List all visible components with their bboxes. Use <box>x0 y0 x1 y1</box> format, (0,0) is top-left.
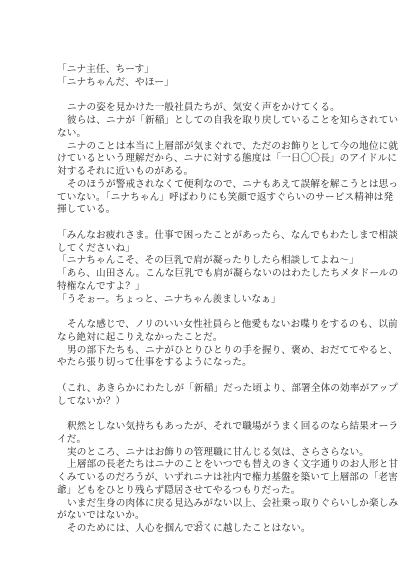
text-line: 揮している。 <box>57 204 349 217</box>
text-line: 彼らは、ニナが「新稲」としての自我を取り戻していることを知らされてい <box>57 115 349 128</box>
text-line: 「ニナ主任、ちーす」 <box>57 64 349 77</box>
text-line: 「あら、山田さん。こんな巨乳でも肩が凝らないのはわたしたちメタドールの <box>57 268 349 281</box>
text-line: （これ、あきらかにわたしが「新稲」だった頃より、部署全体の効率がアップ <box>57 383 349 396</box>
text-line: ニナのことは本当に上層部が気まぐれで、ただのお飾りとして今の地位に就 <box>57 141 349 154</box>
text-line: そんな感じで、ノリのいい女性社員らと他愛もないお喋りをするのも、以前 <box>57 319 349 332</box>
blank-line <box>57 370 349 383</box>
text-line: いまだ生身の肉体に戻る見込みがない以上、会社乗っ取りぐらいしか楽しみ <box>57 498 349 511</box>
text-line: くみているのだろうが、いずれニナは社内で権力基盤を築いて上層部の「老害 <box>57 472 349 485</box>
text-line: 対するそれに近いものがある。 <box>57 166 349 179</box>
text-line: 「うそぉー。ちょっと、ニナちゃん羨ましいなぁ」 <box>57 294 349 307</box>
blank-line <box>57 408 349 421</box>
text-line: ニナの姿を見かけた一般社員たちが、気安く声をかけてくる。 <box>57 102 349 115</box>
text-line: やたら張り切って仕事をするようになった。 <box>57 357 349 370</box>
text-line: けているという理解だから、ニナに対する態度は「一日〇〇長」のアイドルに <box>57 153 349 166</box>
text-line: ていない。「ニナちゃん」呼ばわりにも笑顔で返すぐらいのサービス精神は発 <box>57 192 349 205</box>
text-line: ない。 <box>57 128 349 141</box>
text-line: 「ニナちゃんこそ、その巨乳で肩が凝ったりしたら相談してよね～」 <box>57 255 349 268</box>
text-line: 「みんなお疲れさま。仕事で困ったことがあったら、なんでもわたしまで相談 <box>57 230 349 243</box>
text-line: イだ。 <box>57 434 349 447</box>
document-page: 「ニナ主任、ちーす」「ニナちゃんだ、やほー」ニナの姿を見かけた一般社員たちが、気… <box>0 0 400 565</box>
body-text: 「ニナ主任、ちーす」「ニナちゃんだ、やほー」ニナの姿を見かけた一般社員たちが、気… <box>57 64 349 536</box>
blank-line <box>57 306 349 319</box>
blank-line <box>57 217 349 230</box>
text-line: 「ニナちゃんだ、やほー」 <box>57 77 349 90</box>
text-line: 実のところ、ニナはお飾りの管理職に甘んじる気は、さらさらない。 <box>57 447 349 460</box>
text-line: 釈然としない気持ちもあったが、それで職場がうまく回るのなら結果オーラ <box>57 421 349 434</box>
text-line: してないか？） <box>57 396 349 409</box>
blank-line <box>57 90 349 103</box>
page-number: - 7 - <box>0 521 400 529</box>
text-line: してくださいね」 <box>57 243 349 256</box>
text-line: 上層部の長老たちはニナのことをいつでも替えのきく文字通りのお人形と甘 <box>57 459 349 472</box>
text-line: 男の部下たちも、ニナがひとりひとりの手を握り、褒め、おだててやると、 <box>57 345 349 358</box>
text-line: なら絶対に起こりえなかったことだ。 <box>57 332 349 345</box>
text-line: そのほうが警戒されなくて便利なので、ニナもあえて誤解を解こうとは思っ <box>57 179 349 192</box>
text-line: 爺」どもをひとり残らず隠居させてやるつもりだった。 <box>57 485 349 498</box>
text-line: 特権なんですよ？」 <box>57 281 349 294</box>
